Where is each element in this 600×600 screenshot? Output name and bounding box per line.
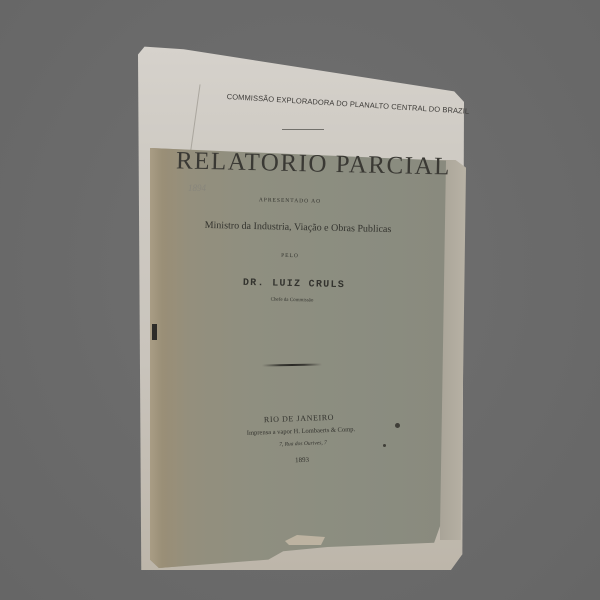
cover-title: RELATORIO PARCIAL (176, 147, 413, 180)
spine-mark (152, 324, 157, 340)
photo-scene: COMMISSÃO EXPLORADORA DO PLANALTO CENTRA… (0, 0, 600, 600)
stain-spot (395, 423, 400, 428)
stain-spot (383, 444, 386, 447)
pencil-annotation: 1894 (188, 183, 206, 193)
by-line: PELO (270, 253, 310, 260)
outer-folder-rule (282, 129, 324, 130)
imprint-year: 1893 (282, 455, 322, 464)
report-cover (150, 148, 446, 568)
